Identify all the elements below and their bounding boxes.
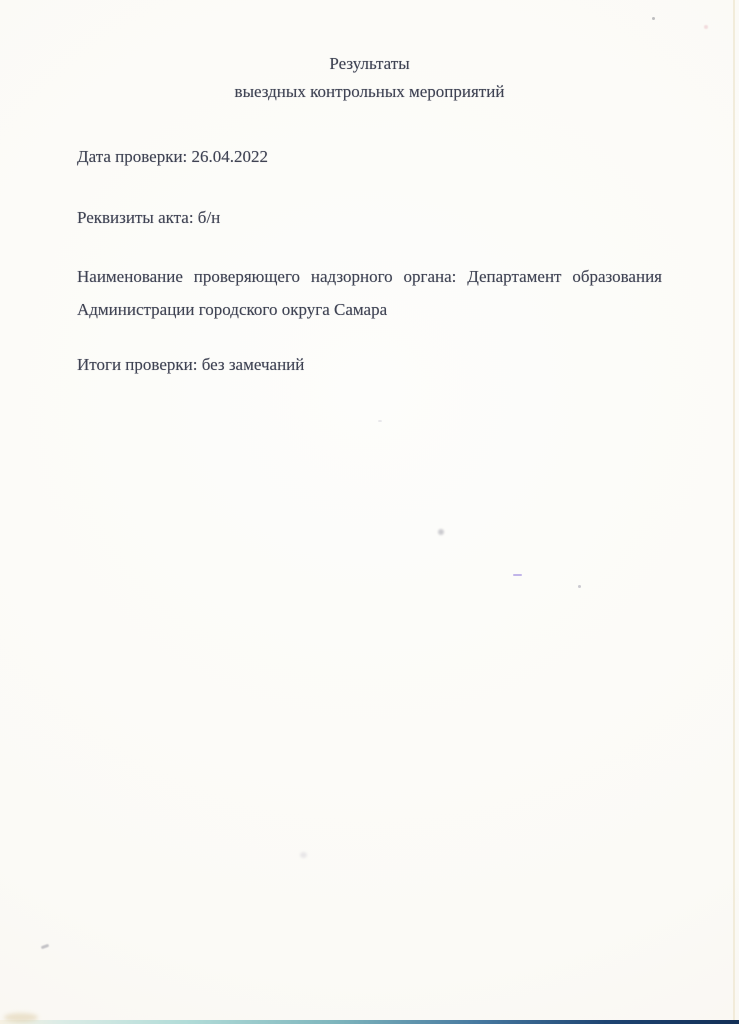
scanned-document-page: Результаты выездных контрольных мероприя… (0, 0, 739, 1024)
inspection-date-field: Дата проверки: 26.04.2022 (77, 140, 662, 173)
document-title: Результаты выездных контрольных мероприя… (77, 50, 662, 106)
scan-speck (652, 17, 655, 20)
agency-line-1: Наименование проверяющего надзорного орг… (77, 260, 662, 293)
scan-speck (438, 529, 444, 535)
act-requisites-field: Реквизиты акта: б/н (77, 201, 662, 234)
title-line-2: выездных контрольных мероприятий (77, 78, 662, 106)
scan-bottom-edge-strip (0, 1020, 739, 1024)
agency-line-2: Администрации городского округа Самара (77, 293, 662, 326)
scan-speck (704, 25, 708, 29)
supervisory-agency-field: Наименование проверяющего надзорного орг… (77, 260, 662, 326)
scan-speck (41, 944, 50, 950)
scan-speck (378, 420, 382, 422)
scan-speck (513, 574, 522, 576)
title-line-1: Результаты (77, 50, 662, 78)
scan-smudge (4, 1013, 38, 1022)
inspection-result-field: Итоги проверки: без замечаний (77, 348, 662, 381)
scan-speck (578, 585, 581, 588)
scan-speck (300, 852, 307, 858)
scan-page-edge-line (733, 0, 735, 1024)
